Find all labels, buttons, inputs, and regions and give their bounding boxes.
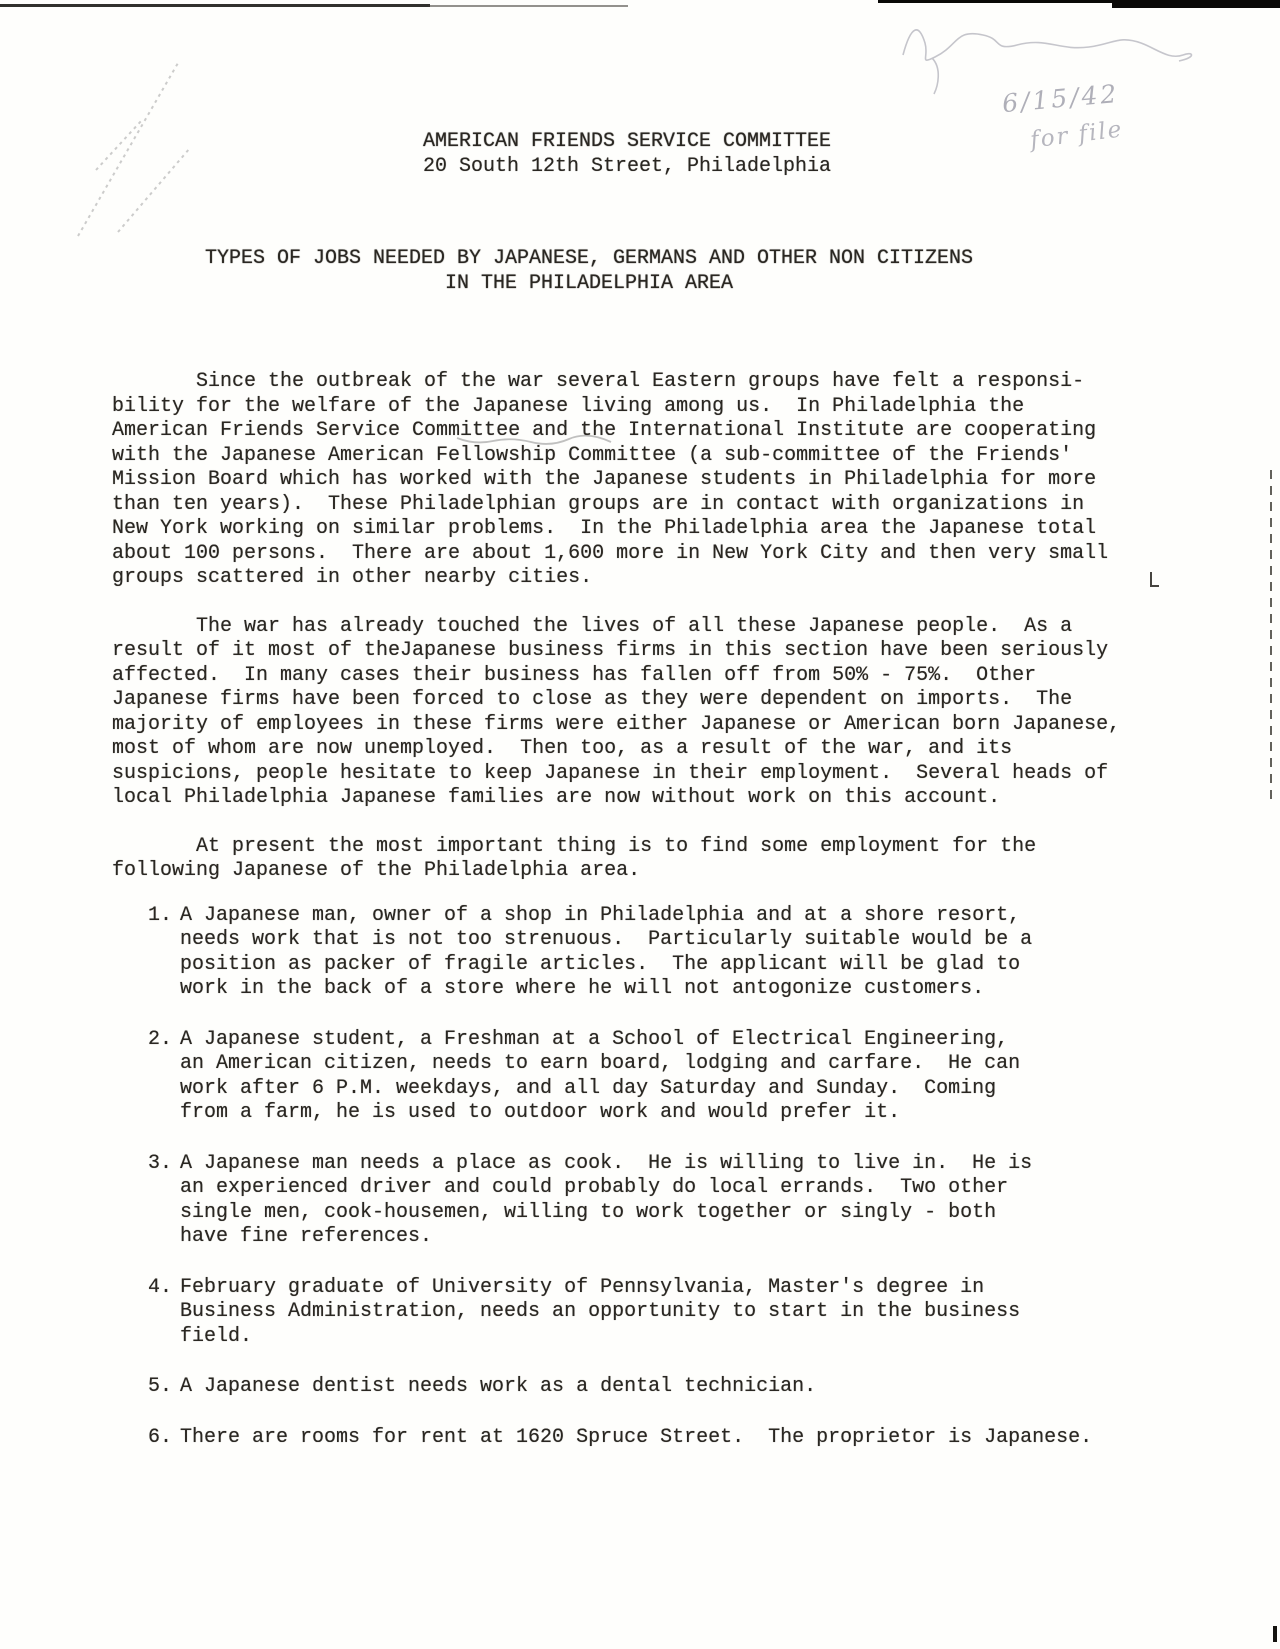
list-item: 2. A Japanese student, a Freshman at a S… xyxy=(148,1028,1142,1126)
document-title: TYPES OF JOBS NEEDED BY JAPANESE, GERMAN… xyxy=(36,247,1142,296)
top-edge-artifact-right-thin xyxy=(878,0,1280,3)
list-item: 5. A Japanese dentist needs work as a de… xyxy=(148,1375,1142,1400)
top-edge-artifact-mid xyxy=(428,5,628,7)
paragraph-employment-need: At present the most important thing is t… xyxy=(112,835,1142,884)
list-item-number: 3. xyxy=(148,1152,180,1250)
list-item: 3. A Japanese man needs a place as cook.… xyxy=(148,1152,1142,1250)
paragraph-intro: Since the outbreak of the war several Ea… xyxy=(112,370,1142,591)
list-item: 6. There are rooms for rent at 1620 Spru… xyxy=(148,1426,1142,1451)
list-item-number: 4. xyxy=(148,1276,180,1350)
organization-name: AMERICAN FRIENDS SERVICE COMMITTEE xyxy=(112,130,1142,155)
letterhead: AMERICAN FRIENDS SERVICE COMMITTEE 20 So… xyxy=(112,130,1142,179)
document-title-line2: IN THE PHILADELPHIA AREA xyxy=(36,272,1142,297)
list-item-text: February graduate of University of Penns… xyxy=(180,1276,1142,1350)
list-item-text: A Japanese student, a Freshman at a Scho… xyxy=(180,1028,1142,1126)
list-item-number: 6. xyxy=(148,1426,180,1451)
organization-address: 20 South 12th Street, Philadelphia xyxy=(112,155,1142,180)
list-item-number: 2. xyxy=(148,1028,180,1126)
list-item-number: 1. xyxy=(148,904,180,1002)
list-item: 4. February graduate of University of Pe… xyxy=(148,1276,1142,1350)
bottom-edge-artifact xyxy=(1273,1626,1277,1642)
top-edge-artifact-left xyxy=(0,4,430,7)
scanned-document-page: 6/15/42 for file AMERICAN FRIENDS SERVIC… xyxy=(0,0,1280,1649)
list-item-text: There are rooms for rent at 1620 Spruce … xyxy=(180,1426,1142,1451)
handwritten-date: 6/15/42 xyxy=(1001,79,1120,118)
list-item-text: A Japanese man needs a place as cook. He… xyxy=(180,1152,1142,1250)
list-item-text: A Japanese man, owner of a shop in Phila… xyxy=(180,904,1142,1002)
stray-mark xyxy=(1151,572,1159,586)
typed-document-body: AMERICAN FRIENDS SERVICE COMMITTEE 20 So… xyxy=(112,130,1142,1476)
list-item-text: A Japanese dentist needs work as a denta… xyxy=(180,1375,1142,1400)
top-edge-artifact-right-thick xyxy=(1112,0,1280,8)
list-item: 1. A Japanese man, owner of a shop in Ph… xyxy=(148,904,1142,1002)
document-title-line1: TYPES OF JOBS NEEDED BY JAPANESE, GERMAN… xyxy=(36,247,1142,272)
paragraph-war-impact: The war has already touched the lives of… xyxy=(112,615,1142,811)
job-needs-list: 1. A Japanese man, owner of a shop in Ph… xyxy=(148,904,1142,1451)
list-item-number: 5. xyxy=(148,1375,180,1400)
